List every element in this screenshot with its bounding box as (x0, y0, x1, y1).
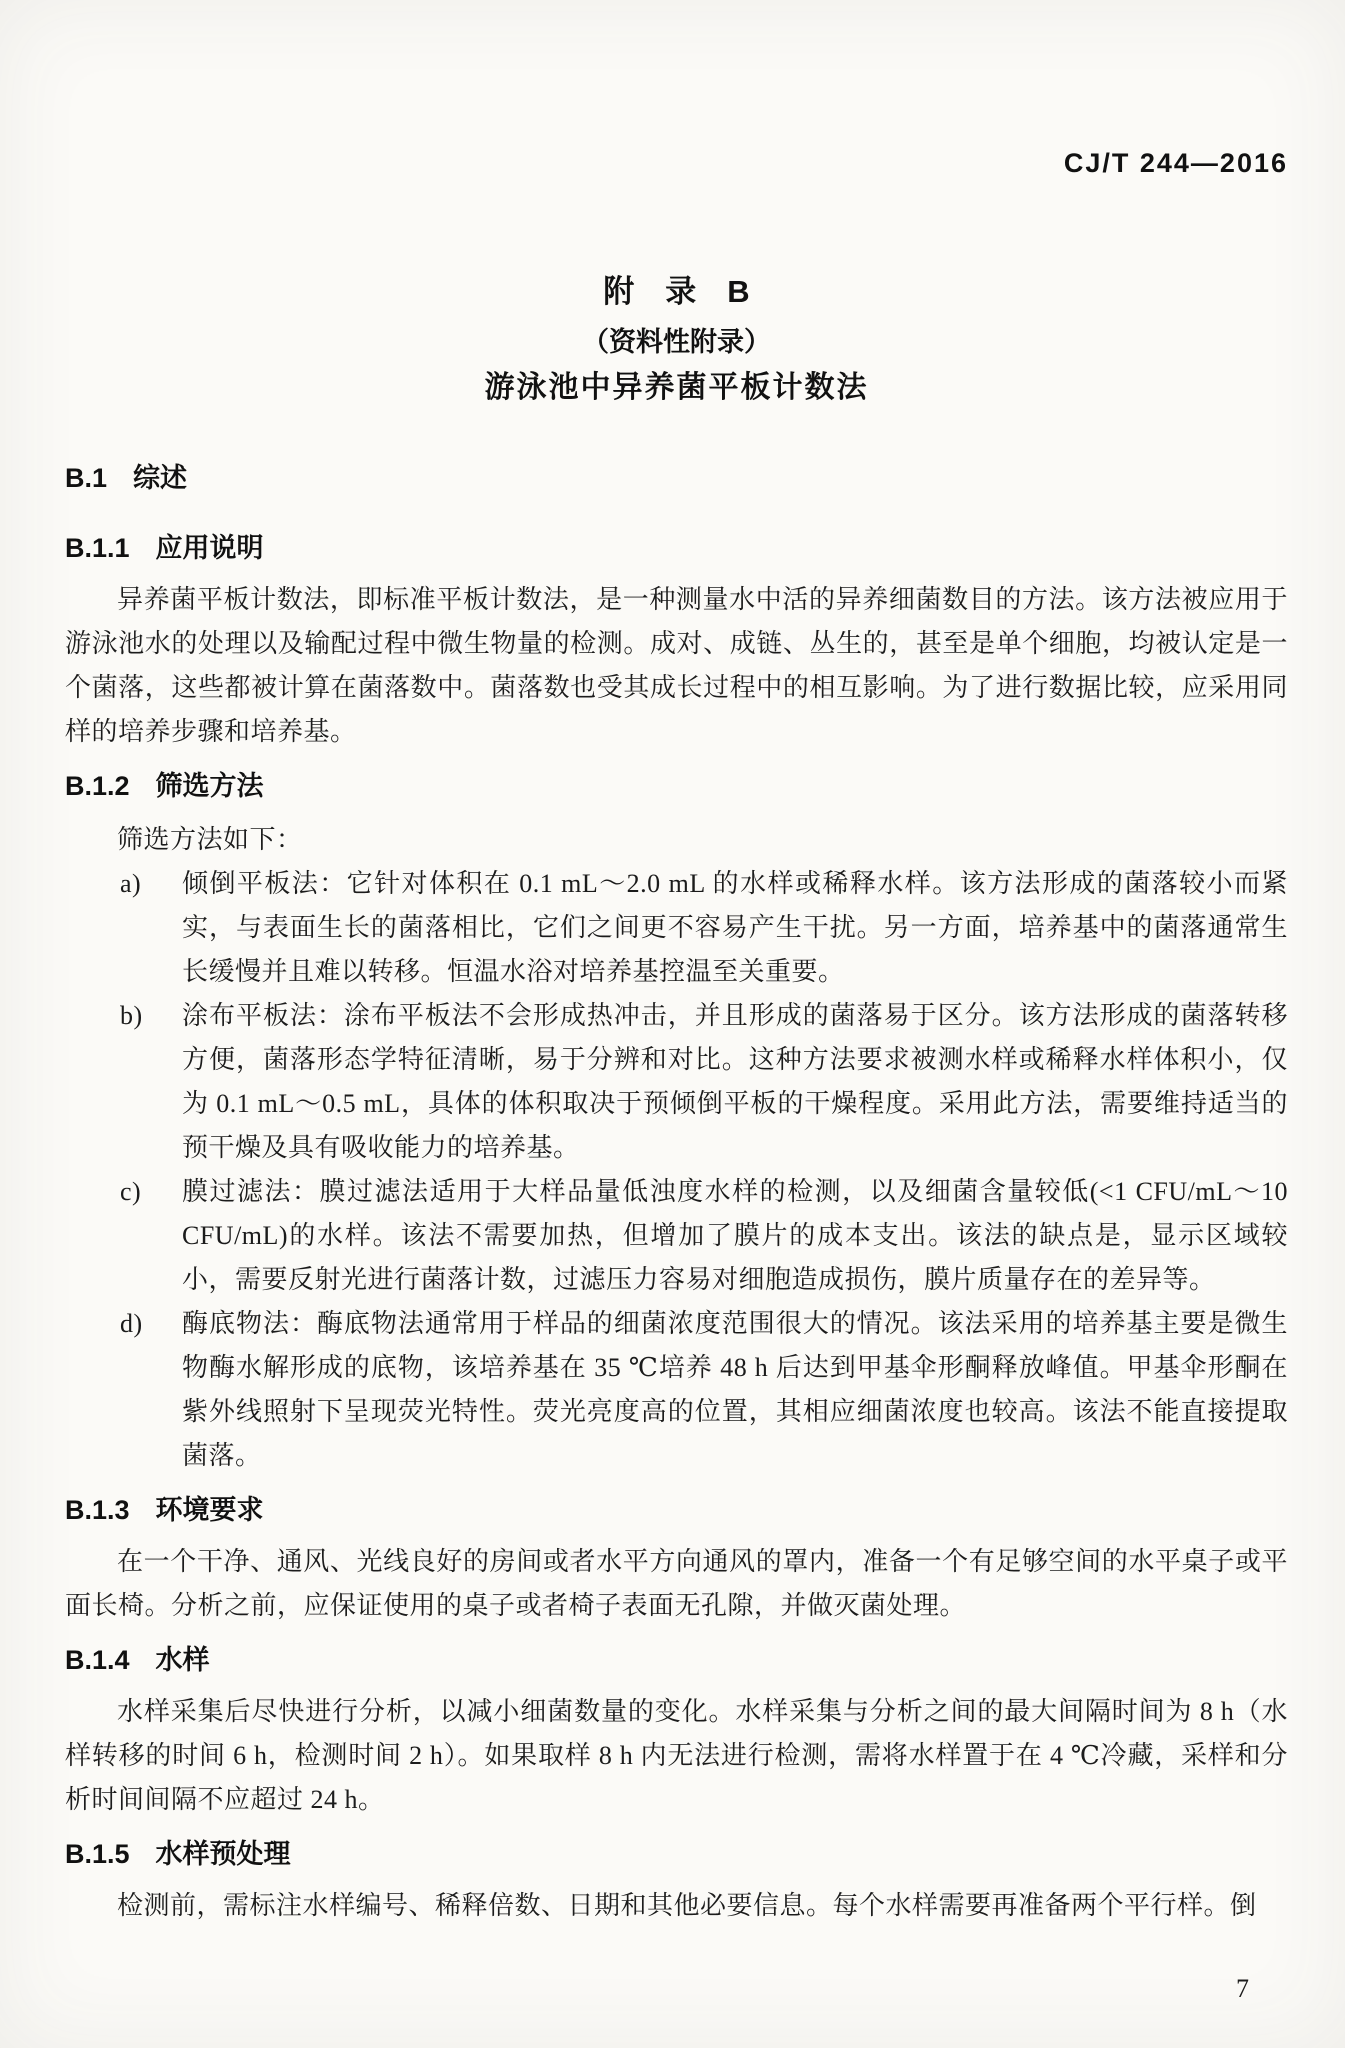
document-page: CJ/T 244—2016 附 录 B （资料性附录） 游泳池中异养菌平板计数法… (0, 0, 1345, 2048)
page-number: 7 (1236, 1974, 1249, 2004)
list-intro-b12: 筛选方法如下： (65, 818, 1288, 862)
section-number: B.1 (65, 463, 107, 493)
appendix-name: 游泳池中异养菌平板计数法 (65, 368, 1288, 408)
standard-code: CJ/T 244—2016 (65, 0, 1288, 178)
list-item-d: d) 酶底物法：酶底物法通常用于样品的细菌浓度范围很大的情况。该法采用的培养基主… (65, 1302, 1288, 1478)
paragraph-b15: 检测前，需标注水样编号、稀释倍数、日期和其他必要信息。每个水样需要再准备两个平行… (65, 1884, 1288, 1928)
section-heading-b12: B.1.2筛选方法 (65, 766, 1288, 806)
item-text: 倾倒平板法：它针对体积在 0.1 mL～2.0 mL 的水样或稀释水样。该方法形… (182, 862, 1288, 994)
section-title: 水样 (156, 1645, 210, 1675)
section-title: 筛选方法 (156, 771, 264, 801)
item-label: d) (65, 1302, 182, 1478)
list-item-b: b) 涂布平板法：涂布平板法不会形成热冲击，并且形成的菌落易于区分。该方法形成的… (65, 994, 1288, 1170)
section-number: B.1.3 (65, 1495, 130, 1525)
section-heading-b13: B.1.3环境要求 (65, 1490, 1288, 1530)
section-title: 水样预处理 (156, 1839, 291, 1869)
page-content: CJ/T 244—2016 附 录 B （资料性附录） 游泳池中异养菌平板计数法… (0, 0, 1345, 1928)
section-number: B.1.5 (65, 1839, 130, 1869)
item-text: 酶底物法：酶底物法通常用于样品的细菌浓度范围很大的情况。该法采用的培养基主要是微… (182, 1302, 1288, 1478)
section-number: B.1.4 (65, 1645, 130, 1675)
section-title: 环境要求 (156, 1495, 264, 1525)
list-item-a: a) 倾倒平板法：它针对体积在 0.1 mL～2.0 mL 的水样或稀释水样。该… (65, 862, 1288, 994)
paragraph-b14: 水样采集后尽快进行分析，以减小细菌数量的变化。水样采集与分析之间的最大间隔时间为… (65, 1690, 1288, 1822)
item-label: c) (65, 1170, 182, 1302)
item-label: a) (65, 862, 182, 994)
section-heading-b14: B.1.4水样 (65, 1640, 1288, 1680)
section-heading-b11: B.1.1应用说明 (65, 528, 1288, 568)
item-text: 涂布平板法：涂布平板法不会形成热冲击，并且形成的菌落易于区分。该方法形成的菌落转… (182, 994, 1288, 1170)
section-title: 应用说明 (156, 533, 264, 563)
appendix-title: 附 录 B (65, 272, 1288, 312)
section-heading-b15: B.1.5水样预处理 (65, 1834, 1288, 1874)
section-title: 综述 (133, 463, 187, 493)
item-label: b) (65, 994, 182, 1170)
section-heading-b1: B.1综述 (65, 458, 1288, 498)
paragraph-b13: 在一个干净、通风、光线良好的房间或者水平方向通风的罩内，准备一个有足够空间的水平… (65, 1540, 1288, 1628)
item-text: 膜过滤法：膜过滤法适用于大样品量低浊度水样的检测，以及细菌含量较低(<1 CFU… (182, 1170, 1288, 1302)
appendix-note: （资料性附录） (65, 324, 1288, 360)
list-item-c: c) 膜过滤法：膜过滤法适用于大样品量低浊度水样的检测，以及细菌含量较低(<1 … (65, 1170, 1288, 1302)
paragraph-b11: 异养菌平板计数法，即标准平板计数法，是一种测量水中活的异养细菌数目的方法。该方法… (65, 578, 1288, 754)
section-number: B.1.1 (65, 533, 130, 563)
section-number: B.1.2 (65, 771, 130, 801)
